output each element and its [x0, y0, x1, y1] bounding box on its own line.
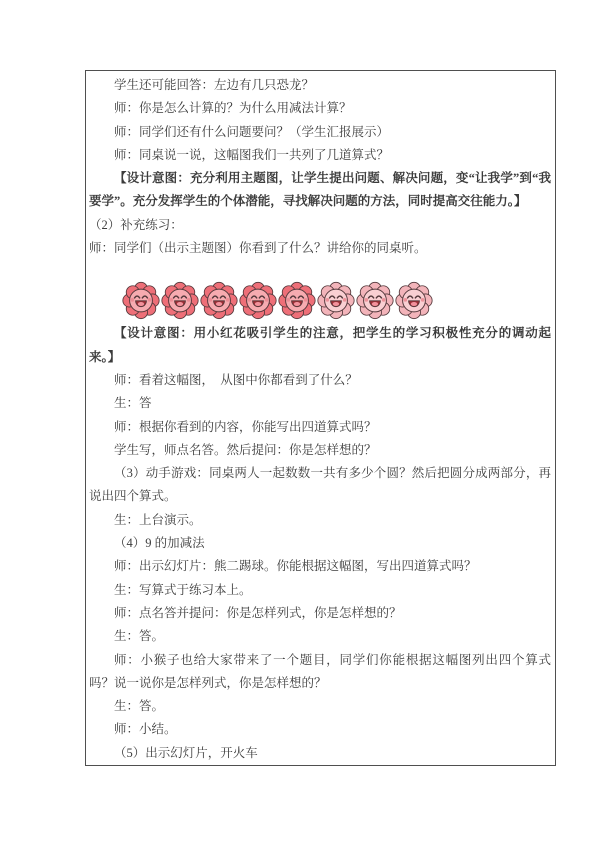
flower-row — [89, 260, 551, 322]
smiling-flower-icon — [200, 280, 238, 321]
smiling-flower-icon — [356, 280, 394, 321]
doc-paragraph: 师：小结。 — [89, 718, 551, 741]
section-heading: （5）出示幻灯片，开火车 — [89, 742, 551, 765]
doc-paragraph: 生：答。 — [89, 625, 551, 648]
doc-paragraph: 生：写算式于练习本上。 — [89, 579, 551, 602]
doc-paragraph: 生：答。 — [89, 695, 551, 718]
document-page: 学生还可能回答：左边有几只恐龙？ 师：你是怎么计算的？为什么用减法计算？ 师：同… — [0, 0, 595, 842]
smiling-flower-icon — [239, 280, 277, 321]
doc-paragraph: 师：同学们还有什么问题要问？（学生汇报展示） — [89, 121, 551, 144]
doc-paragraph: 生：上台演示。 — [89, 509, 551, 532]
doc-paragraph: （3）动手游戏：同桌两人一起数数一共有多少个圆？然后把圆分成两部分，再说出四个算… — [89, 462, 551, 509]
doc-paragraph: 学生写，师点名答。然后提问：你是怎样想的？ — [89, 439, 551, 462]
smiling-flower-icon — [317, 280, 355, 321]
doc-paragraph: 生：答 — [89, 392, 551, 415]
smiling-flower-icon — [395, 280, 433, 321]
doc-paragraph: 师：你是怎么计算的？为什么用减法计算？ — [89, 97, 551, 120]
section-heading: （4）9 的加减法 — [89, 532, 551, 555]
doc-paragraph: 师：小猴子也给大家带来了一个题目，同学们你能根据这幅图列出四个算式吗？说一说你是… — [89, 649, 551, 696]
section-heading: （2）补充练习： — [89, 214, 551, 237]
doc-paragraph: 学生还可能回答：左边有几只恐龙？ — [89, 74, 551, 97]
doc-paragraph: 师：出示幻灯片：熊二踢球。你能根据这幅图，写出四道算式吗？ — [89, 555, 551, 578]
smiling-flower-icon — [122, 280, 160, 321]
smiling-flower-icon — [161, 280, 199, 321]
smiling-flower-icon — [278, 280, 316, 321]
doc-paragraph: 师：看着这幅图， 从图中你都看到了什么？ — [89, 369, 551, 392]
doc-paragraph: 师：同学们（出示主题图）你看到了什么？讲给你的同桌听。 — [89, 237, 551, 260]
doc-paragraph: 师：同桌说一说，这幅图我们一共列了几道算式？ — [89, 144, 551, 167]
doc-paragraph: 师：根据你看到的内容，你能写出四道算式吗？ — [89, 416, 551, 439]
lesson-plan-table-cell: 学生还可能回答：左边有几只恐龙？ 师：你是怎么计算的？为什么用减法计算？ 师：同… — [85, 70, 556, 766]
doc-paragraph: 师：点名答并提问：你是怎样列式，你是怎样想的？ — [89, 602, 551, 625]
design-intent-note: 【设计意图：用小红花吸引学生的注意，把学生的学习积极性充分的调动起来。】 — [89, 322, 551, 369]
doc-paragraph: （6）动手游戏：组长拿出两张相加得 8 或者相加得 9 的水果卡片，其它同学大声… — [89, 765, 551, 766]
design-intent-note: 【设计意图：充分利用主题图，让学生提出问题、解决问题，变“让我学”到“我要学”。… — [89, 167, 551, 214]
